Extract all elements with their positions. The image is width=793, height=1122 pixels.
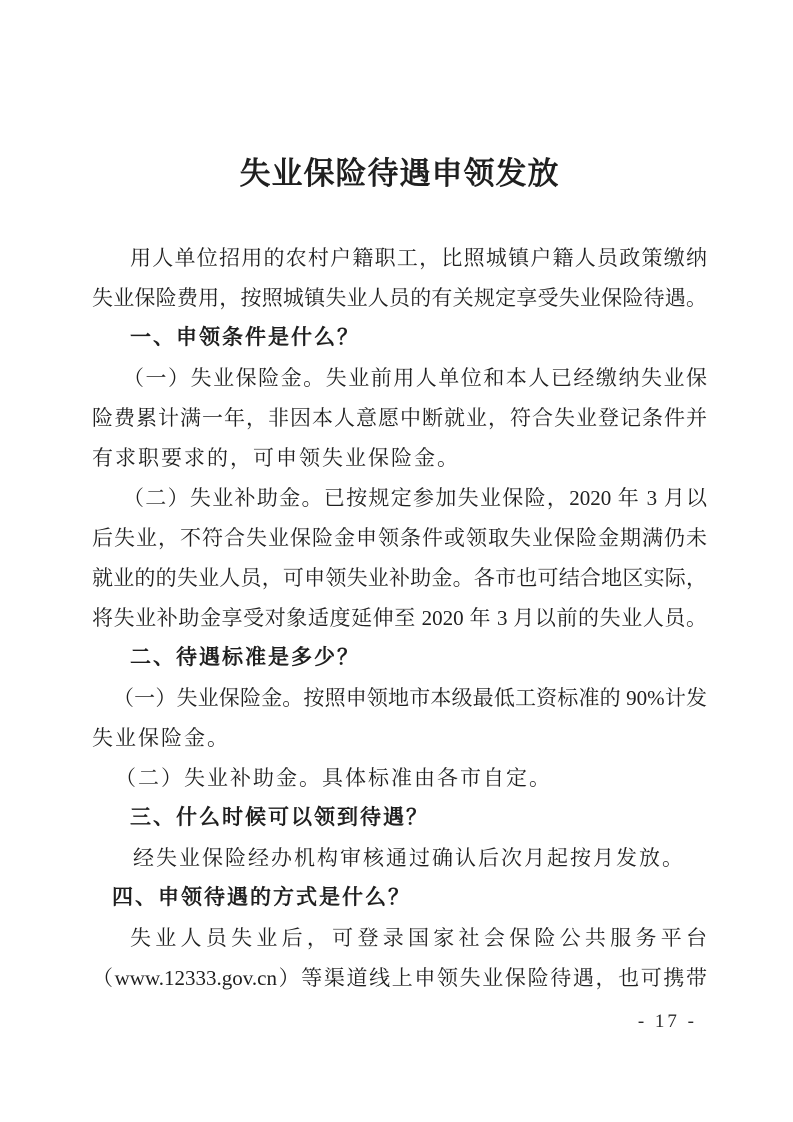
paragraph-line: （二）失业补助金。已按规定参加失业保险，2020 年 3 月以 (92, 478, 707, 518)
document-page: 失业保险待遇申领发放 用人单位招用的农村户籍职工，比照城镇户籍人员政策缴纳 失业… (0, 0, 793, 1122)
paragraph-line: （www.12333.gov.cn）等渠道线上申领失业保险待遇，也可携带 (92, 958, 707, 998)
paragraph-line: 后失业，不符合失业保险金申领条件或领取失业保险金期满仍未 (92, 518, 707, 558)
page-number: - 17 - (638, 1002, 697, 1042)
paragraph-line: （二）失业补助金。具体标准由各市自定。 (92, 758, 707, 798)
paragraph-line: 失业保险金。 (92, 718, 707, 758)
paragraph-line: 用人单位招用的农村户籍职工，比照城镇户籍人员政策缴纳 (92, 238, 707, 278)
section-heading-2: 二、待遇标准是多少？ (92, 638, 707, 678)
paragraph-line: 就业的的失业人员，可申领失业补助金。各市也可结合地区实际， (92, 558, 707, 598)
paragraph-line: 有求职要求的，可申领失业保险金。 (92, 438, 707, 478)
paragraph-line: （一）失业保险金。失业前用人单位和本人已经缴纳失业保 (92, 358, 707, 398)
paragraph-line: 失业保险费用，按照城镇失业人员的有关规定享受失业保险待遇。 (92, 278, 707, 318)
section-heading-3: 三、什么时候可以领到待遇？ (92, 798, 707, 838)
paragraph-line: 失业人员失业后，可登录国家社会保险公共服务平台 (92, 918, 707, 958)
paragraph-line: 将失业补助金享受对象适度延伸至 2020 年 3 月以前的失业人员。 (92, 598, 707, 638)
section-heading-4: 四、申领待遇的方式是什么？ (92, 878, 707, 918)
paragraph-line: 经失业保险经办机构审核通过确认后次月起按月发放。 (92, 838, 707, 878)
document-body: 用人单位招用的农村户籍职工，比照城镇户籍人员政策缴纳 失业保险费用，按照城镇失业… (92, 238, 707, 998)
section-heading-1: 一、申领条件是什么？ (92, 318, 707, 358)
page-title: 失业保险待遇申领发放 (92, 148, 707, 200)
paragraph-line: （一）失业保险金。按照申领地市本级最低工资标准的 90%计发 (92, 678, 707, 718)
paragraph-line: 险费累计满一年，非因本人意愿中断就业，符合失业登记条件并 (92, 398, 707, 438)
